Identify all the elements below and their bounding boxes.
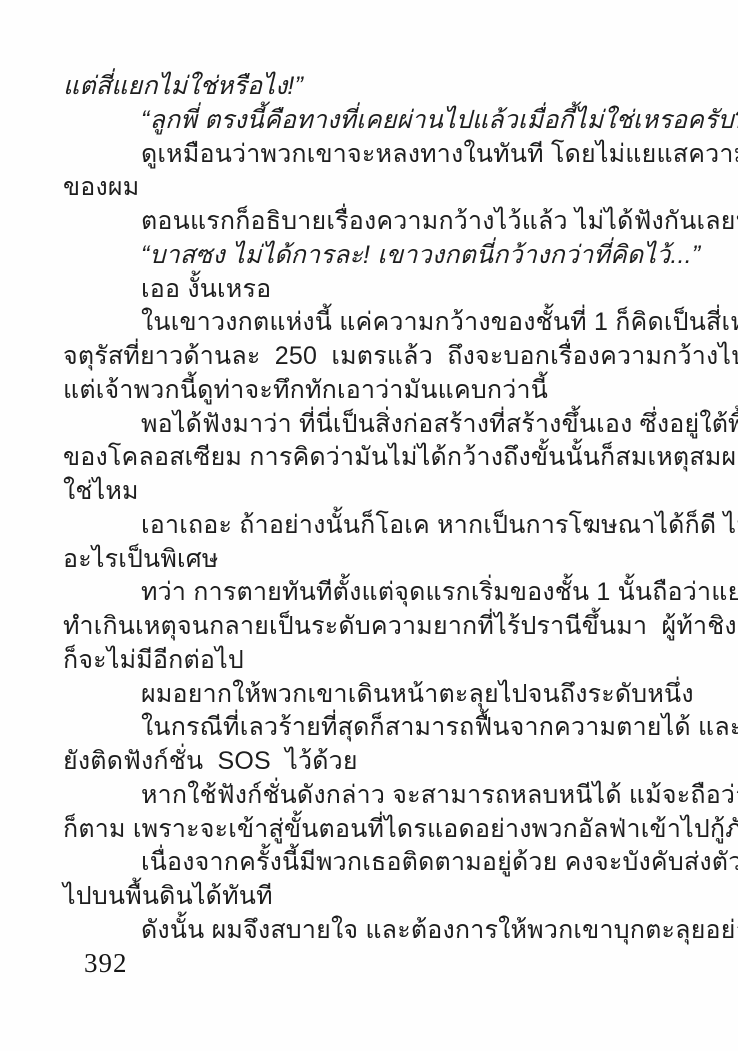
page-number: 392 — [84, 948, 128, 979]
text-line: แต่เจ้าพวกนี้ดูท่าจะทึกทักเอาว่ามันแคบกว… — [63, 374, 679, 408]
text-line: ในกรณีที่เลวร้ายที่สุดก็สามารถฟื้นจากควา… — [63, 711, 679, 745]
text-line: “บาสซง ไม่ได้การละ! เขาวงกตนี่กว้างกว่าท… — [63, 239, 679, 273]
text-line: เออ งั้นเหรอ — [63, 273, 679, 307]
text-line: หากใช้ฟังก์ชั่นดังกล่าว จะสามารถหลบหนีได… — [63, 779, 679, 813]
text-line: ทำเกินเหตุจนกลายเป็นระดับความยากที่ไร้ปร… — [63, 610, 679, 644]
text-line: ยังติดฟังก์ชั่น SOS ไว้ด้วย — [63, 745, 679, 779]
text-line: ตอนแรกก็อธิบายเรื่องความกว้างไว้แล้ว ไม่… — [63, 205, 679, 239]
text-line: ดูเหมือนว่าพวกเขาจะหลงทางในทันที โดยไม่แ… — [63, 138, 679, 172]
text-line: ก็ตาม เพราะจะเข้าสู่ขั้นตอนที่ไดรแอดอย่า… — [63, 813, 679, 847]
text-line: ดังนั้น ผมจึงสบายใจ และต้องการให้พวกเขาบ… — [63, 914, 679, 948]
text-line: ในเขาวงกตแห่งนี้ แค่ความกว้างของชั้นที่ … — [63, 306, 679, 340]
text-line: ผมอยากให้พวกเขาเดินหน้าตะลุยไปจนถึงระดับ… — [63, 678, 679, 712]
text-line: ทว่า การตายทันทีตั้งแต่จุดแรกเริ่มของชั้… — [63, 576, 679, 610]
book-page: แต่สี่แยกไม่ใช่หรือไง!”“ลูกพี่ ตรงนี้คือ… — [0, 0, 738, 1051]
page-text-block: แต่สี่แยกไม่ใช่หรือไง!”“ลูกพี่ ตรงนี้คือ… — [63, 70, 679, 948]
text-line: ของโคลอสเซียม การคิดว่ามันไม่ได้กว้างถึง… — [63, 441, 679, 475]
text-line: เอาเถอะ ถ้าอย่างนั้นก็โอเค หากเป็นการโฆษ… — [63, 509, 679, 543]
text-line: จตุรัสที่ยาวด้านละ 250 เมตรแล้ว ถึงจะบอก… — [63, 340, 679, 374]
text-line: ไปบนพื้นดินได้ทันที — [63, 880, 679, 914]
text-line: ของผม — [63, 171, 679, 205]
text-line: อะไรเป็นพิเศษ — [63, 543, 679, 577]
text-line: พอได้ฟังมาว่า ที่นี่เป็นสิ่งก่อสร้างที่ส… — [63, 408, 679, 442]
text-line: เนื่องจากครั้งนี้มีพวกเธอติดตามอยู่ด้วย … — [63, 846, 679, 880]
text-line: แต่สี่แยกไม่ใช่หรือไง!” — [63, 70, 679, 104]
text-line: ก็จะไม่มีอีกต่อไป — [63, 644, 679, 678]
text-line: ใช่ไหม — [63, 475, 679, 509]
text-line: “ลูกพี่ ตรงนี้คือทางที่เคยผ่านไปแล้วเมื่… — [63, 104, 679, 138]
